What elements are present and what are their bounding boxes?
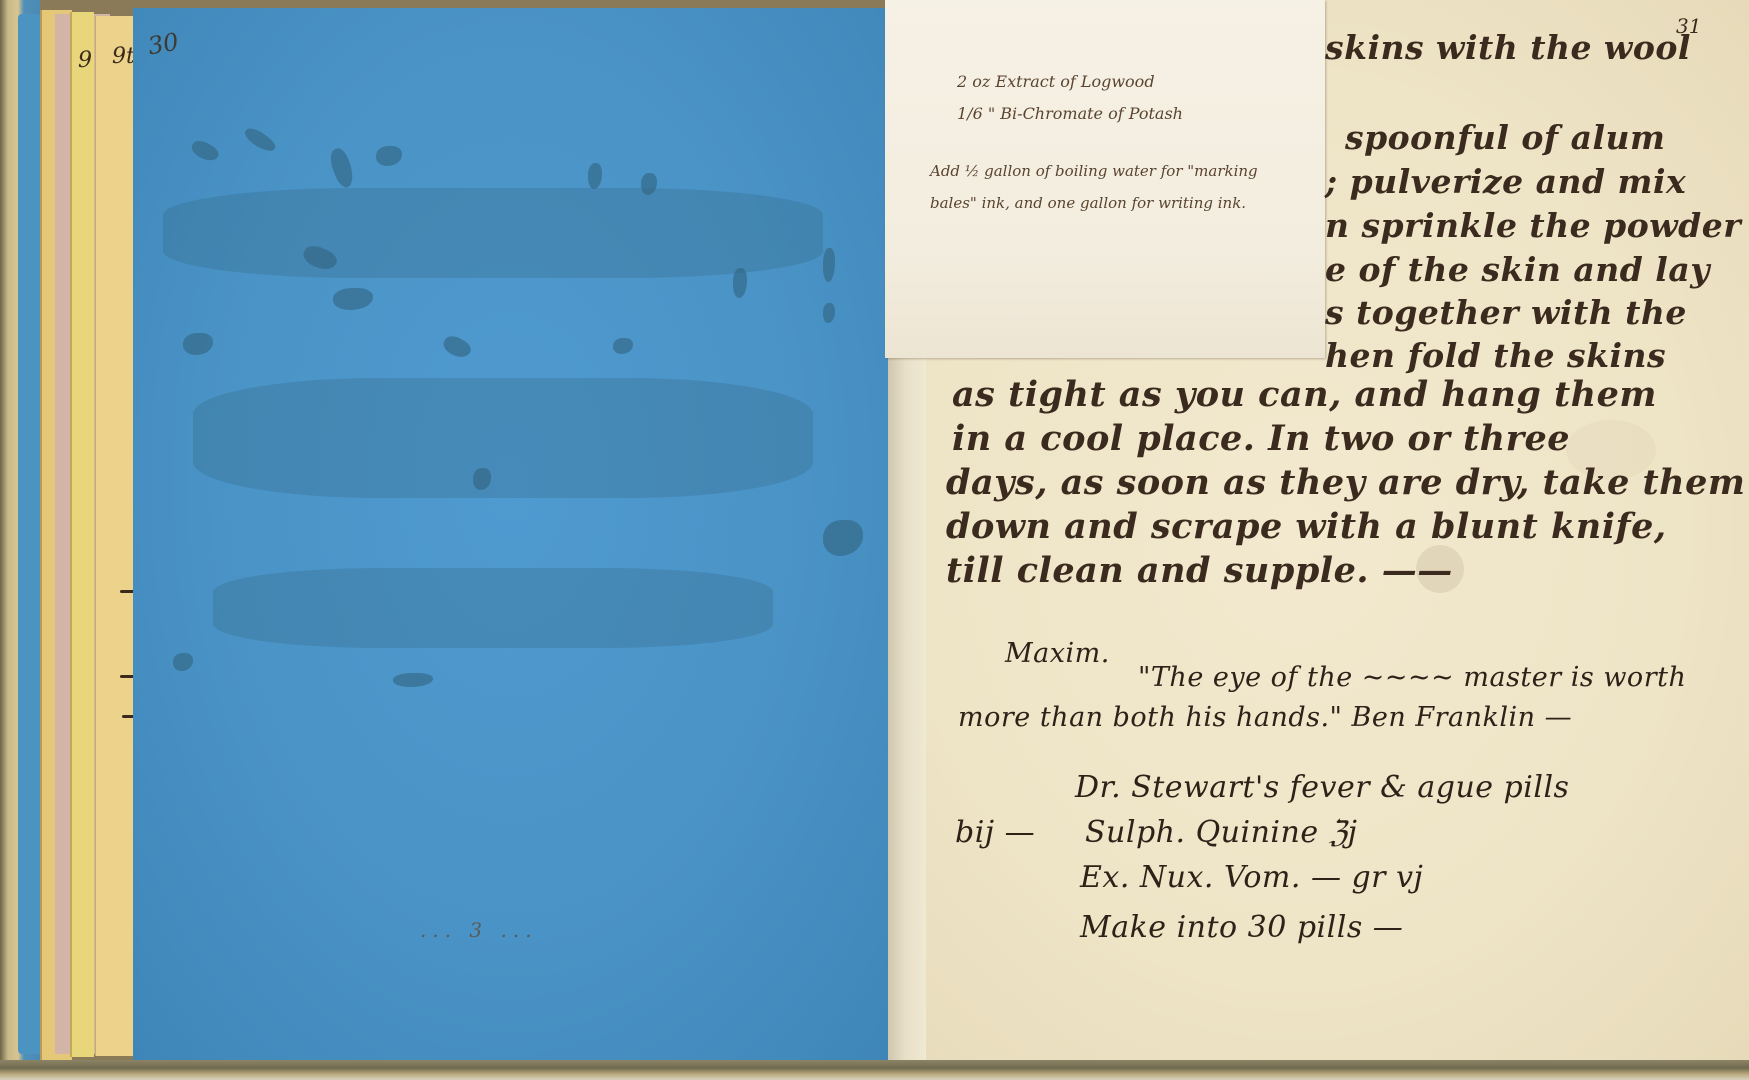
recipe-line: in a cool place. In two or three — [952, 418, 1570, 459]
leaf-mark: 9t — [112, 44, 135, 69]
recipe-line: n sprinkle the powder — [1325, 206, 1741, 245]
slip-line-logwood: 2 oz Extract of Logwood — [957, 72, 1155, 91]
prescription-prefix: bij — — [955, 815, 1035, 850]
book-spine-edge — [0, 1060, 1749, 1080]
prescription-line: Make into 30 pills — — [1080, 910, 1403, 945]
prescription-title: Dr. Stewart's fever & ague pills — [1075, 770, 1569, 805]
recipe-line: skins with the wool — [1325, 28, 1691, 67]
blue-blotting-page — [133, 8, 889, 1060]
pasted-recipe-slip: 2 oz Extract of Logwood 1/6 " Bi-Chromat… — [885, 0, 1325, 358]
recipe-line: till clean and supple. —— — [946, 550, 1453, 591]
recipe-line: s together with the — [1325, 293, 1687, 332]
recipe-line: as tight as you can, and hang them — [952, 374, 1657, 415]
prescription-line: Sulph. Quinine ℨj — [1085, 815, 1357, 850]
recipe-line: days, as soon as they are dry, take them — [946, 462, 1745, 503]
recipe-line: hen fold the skins — [1325, 336, 1666, 375]
prescription-line: Ex. Nux. Vom. — gr vj — [1080, 860, 1423, 895]
recipe-line: spoonful of alum — [1345, 118, 1665, 157]
blue-page-number: 30 — [146, 28, 181, 61]
maxim-label: Maxim. — [1005, 638, 1110, 669]
yellow-leaf-edge-2 — [70, 12, 94, 1057]
bleed-through-text: ... 3 ... — [420, 918, 538, 942]
maxim-line-1: "The eye of the ~~~~ master is worth — [1138, 662, 1686, 693]
recipe-line: e of the skin and lay — [1325, 250, 1710, 289]
recipe-line: down and scrape with a blunt knife, — [946, 506, 1667, 547]
recipe-line: ; pulverize and mix — [1325, 162, 1686, 201]
yellow-leaf-edge-3 — [95, 16, 136, 1056]
leaf-mark: 9 — [78, 48, 92, 73]
slip-line-instructions-1: Add ½ gallon of boiling water for "marki… — [930, 162, 1258, 180]
maxim-line-2: more than both his hands." Ben Franklin … — [958, 702, 1572, 733]
slip-line-bichromate: 1/6 " Bi-Chromate of Potash — [957, 104, 1183, 123]
slip-line-instructions-2: bales" ink, and one gallon for writing i… — [930, 194, 1246, 212]
